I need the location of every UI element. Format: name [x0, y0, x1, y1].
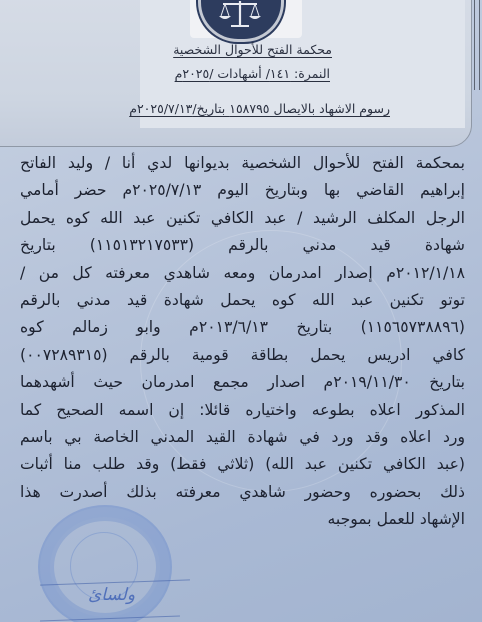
scales-of-justice-icon: [198, 0, 284, 42]
document-sheet: محكمة الفتح للأحوال الشخصية النمرة: ١٤١/…: [0, 0, 482, 622]
body-line: شهادة قيد مدني بالرقم (١١٥١٣٢١٧٥٣٣) بتار…: [20, 232, 465, 259]
attestation-body: بمحكمة الفتح للأحوال الشخصية بديوانها لد…: [20, 150, 465, 534]
body-line: المذكور اعلاه بطوعه واختياره قائلا: إن ا…: [20, 397, 465, 424]
judge-signature: ولسائ: [88, 585, 135, 605]
court-name: محكمة الفتح للأحوال الشخصية: [173, 42, 332, 57]
body-line: توتو تكنين عبد الله كوه يحمل شهادة قيد م…: [20, 287, 465, 314]
body-line: (عبد الكافي تكنين عبد الله) (ثلاثي فقط) …: [20, 451, 465, 478]
body-line: (١١٥٦٥٧٣٨٨٩٦) بتاريخ ٢٠١٣/٦/١٣م وابو زما…: [20, 314, 465, 341]
page-edge: [474, 0, 480, 90]
body-line: ٢٠١٢/١/١٨م إصدار امدرمان ومعه شاهدي معرف…: [20, 260, 465, 287]
body-line: ذلك بحضوره وحضور شاهدي معرفته بذلك أصدرت…: [20, 479, 465, 506]
body-line: بتاريخ ٢٠١٩/١١/٣٠م اصدار مجمع امدرمان حي…: [20, 369, 465, 396]
body-line: ورد اعلاه وقد ورد في شهادة القيد المدني …: [20, 424, 465, 451]
body-line: كافي ادريس يحمل بطاقة قومية بالرقم (٠٠٧٢…: [20, 342, 465, 369]
reference-number: النمرة: ١٤١/ أشهادات /٢٠٢٥م: [175, 66, 330, 81]
body-line: بمحكمة الفتح للأحوال الشخصية بديوانها لد…: [20, 150, 465, 177]
fees-receipt: رسوم الاشهاد بالايصال ١٥٨٧٩٥ بتاريخ/٢٠٢٥…: [129, 101, 390, 116]
body-line: إبراهيم القاضي بها وبتاريخ اليوم ٢٠٢٥/٧/…: [20, 177, 465, 204]
court-logo: [190, 0, 302, 38]
body-line: الرجل المكلف الرشيد / عبد الكافي تكنين ع…: [20, 205, 465, 232]
